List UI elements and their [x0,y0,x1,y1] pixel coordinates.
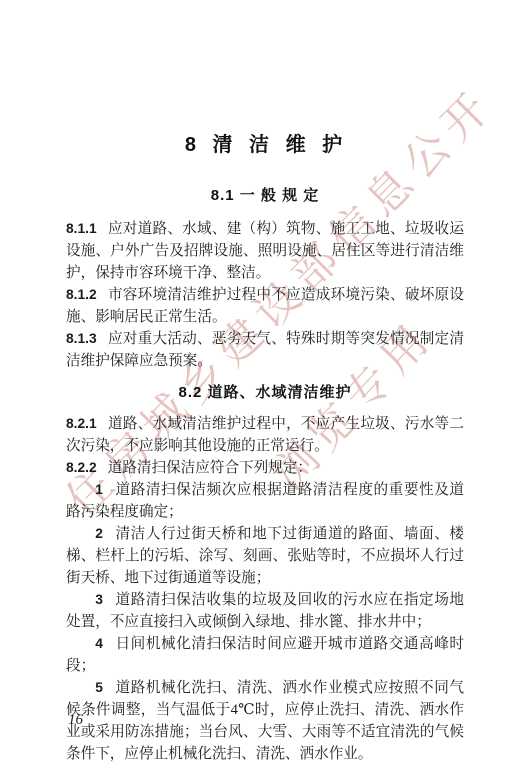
clause-8-1-2: 8.1.2市容环境清洁维护过程中不应造成环境污染、破坏原设施、影响居民正常生活。 [66,284,464,328]
item-number: 3 [95,592,103,607]
clause-text: 市容环境清洁维护过程中不应造成环境污染、破坏原设施、影响居民正常生活。 [66,287,464,325]
document-page: 住房城乡建设部信息公开 浏览专用 8 清 洁 维 护 8.1 一 般 规 定 8… [0,0,529,767]
page-content: 8 清 洁 维 护 8.1 一 般 规 定 8.1.1应对道路、水域、建（构）筑… [66,0,464,765]
clause-number: 8.1.1 [66,221,97,236]
list-item-1: 1道路清扫保洁频次应根据道路清洁程度的重要性及道路污染程度确定； [66,479,464,523]
section-heading-8-2: 8.2 道路、水域清洁维护 [66,381,464,402]
clause-text: 道路清扫保洁应符合下列规定： [108,460,312,476]
list-item-4: 4日间机械化清扫保洁时间应避开城市道路交通高峰时段； [66,633,464,677]
list-item-2: 2清洁人行过街天桥和地下过街通道的路面、墙面、楼梯、栏杆上的污垢、涂写、刻画、张… [66,523,464,589]
clause-8-2-1: 8.2.1道路、水域清洁维护过程中，不应产生垃圾、污水等二次污染，不应影响其他设… [66,413,464,457]
item-number: 4 [95,636,103,651]
clause-text: 道路、水域清洁维护过程中，不应产生垃圾、污水等二次污染，不应影响其他设施的正常运… [66,416,464,454]
clause-8-1-1: 8.1.1应对道路、水域、建（构）筑物、施工工地、垃圾收运设施、户外广告及招牌设… [66,218,464,284]
item-number: 1 [95,482,103,497]
list-item-5: 5道路机械化洗扫、清洗、洒水作业模式应按照不同气候条件调整，当气温低于4℃时，应… [66,677,464,765]
item-text: 日间机械化清扫保洁时间应避开城市道路交通高峰时段； [66,636,464,674]
section-heading-8-1: 8.1 一 般 规 定 [66,184,464,205]
clause-text: 应对道路、水域、建（构）筑物、施工工地、垃圾收运设施、户外广告及招牌设施、照明设… [66,221,464,281]
clause-text: 应对重大活动、恶劣天气、特殊时期等突发情况制定清洁维护保障应急预案。 [66,331,464,369]
item-text: 清洁人行过街天桥和地下过街通道的路面、墙面、楼梯、栏杆上的污垢、涂写、刻画、张贴… [66,526,464,586]
clause-number: 8.2.2 [66,460,97,475]
item-text: 道路机械化洗扫、清洗、洒水作业模式应按照不同气候条件调整，当气温低于4℃时，应停… [66,680,464,762]
item-number: 5 [95,680,103,695]
clause-8-2-2: 8.2.2道路清扫保洁应符合下列规定： [66,457,464,479]
item-text: 道路清扫保洁频次应根据道路清洁程度的重要性及道路污染程度确定； [66,482,464,520]
list-item-3: 3道路清扫保洁收集的垃圾及回收的污水应在指定场地处置，不应直接扫入或倾倒入绿地、… [66,589,464,633]
item-text: 道路清扫保洁收集的垃圾及回收的污水应在指定场地处置，不应直接扫入或倾倒入绿地、排… [66,592,464,630]
page-number: 16 [68,712,83,729]
clause-number: 8.1.3 [66,331,97,346]
clause-number: 8.2.1 [66,416,97,431]
clause-number: 8.1.2 [66,287,97,302]
chapter-title: 8 清 洁 维 护 [66,128,464,157]
item-number: 2 [95,526,103,541]
clause-8-1-3: 8.1.3应对重大活动、恶劣天气、特殊时期等突发情况制定清洁维护保障应急预案。 [66,328,464,372]
